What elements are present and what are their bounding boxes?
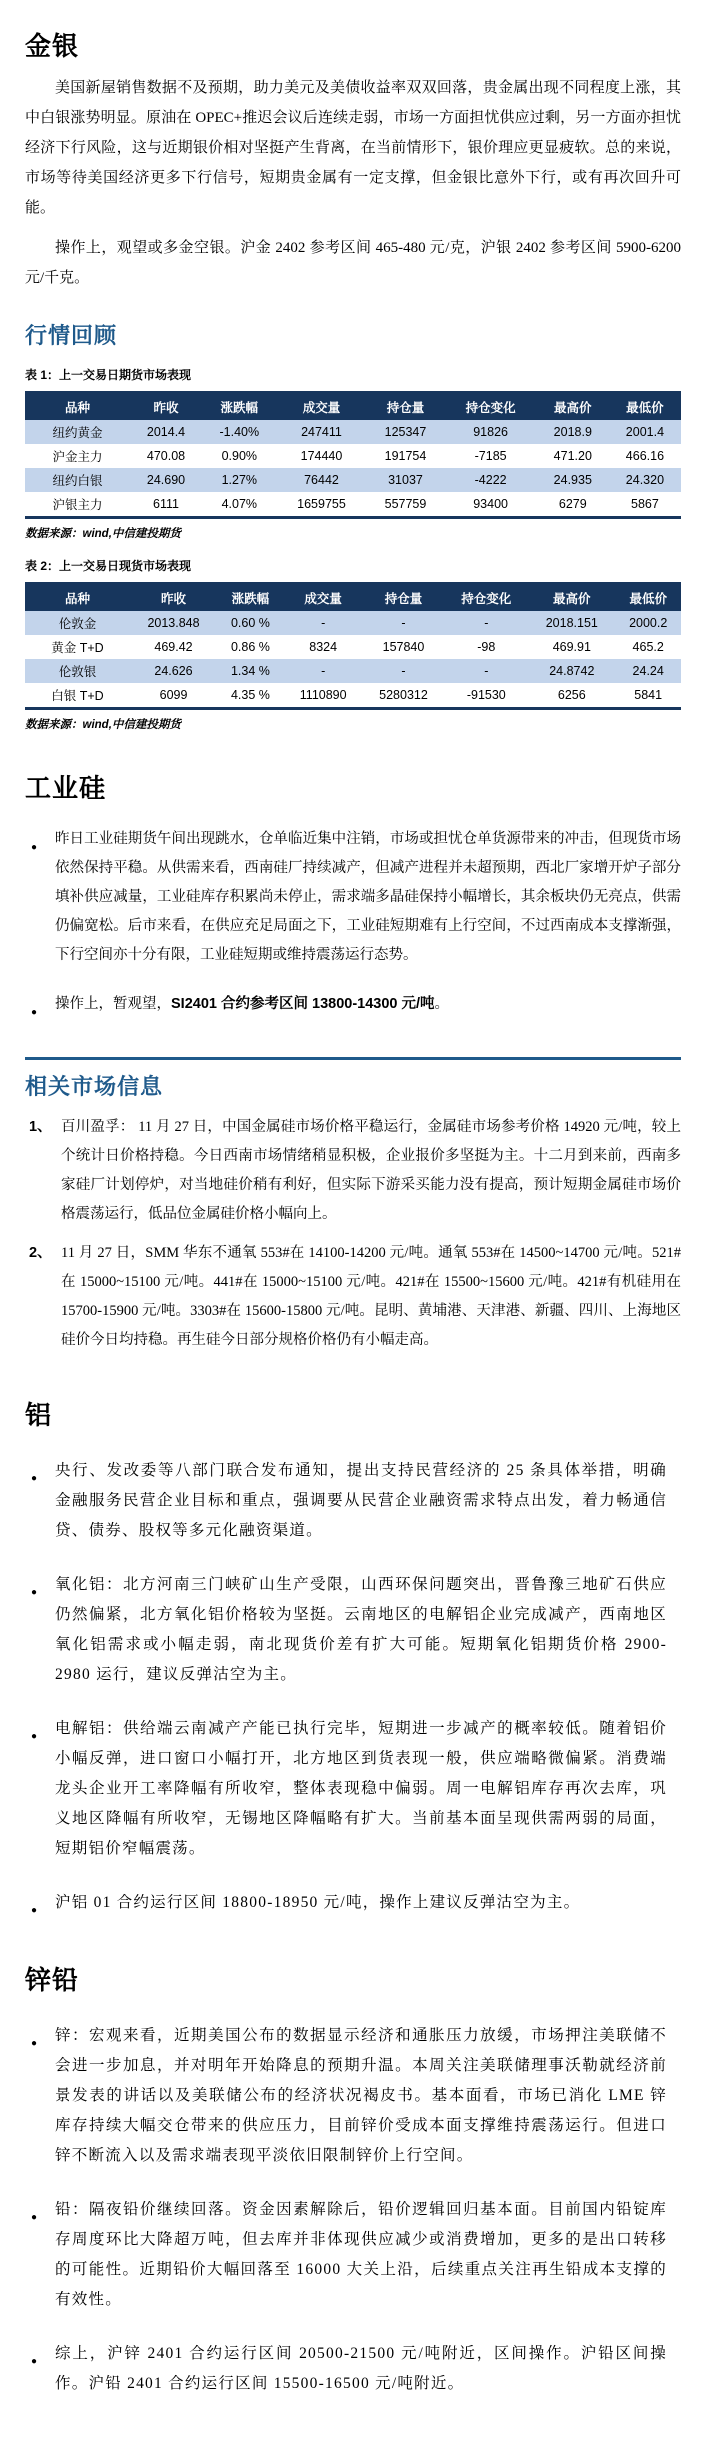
bullet-item: ● 电解铝：供给端云南减产产能已执行完毕，短期进一步减产的概率较低。随着铝价小幅… — [25, 1714, 681, 1864]
header-cell: 最高价 — [537, 393, 609, 421]
cell: 纽约黄金 — [25, 420, 130, 444]
table-row: 伦敦金 2013.848 0.60 % - - - 2018.151 2000.… — [25, 611, 681, 635]
cell: 4.35 % — [217, 683, 284, 709]
table-row: 白银 T+D 6099 4.35 % 1110890 5280312 -9153… — [25, 683, 681, 709]
cell: 伦敦金 — [25, 611, 130, 635]
section-related-info: 相关市场信息 1、 百川盈孚： 11 月 27 日，中国金属硅市场价格平稳运行，… — [25, 1070, 681, 1355]
table-row: 沪银主力 6111 4.07% 1659755 557759 93400 627… — [25, 492, 681, 518]
table-row: 沪金主力 470.08 0.90% 174440 191754 -7185 47… — [25, 444, 681, 468]
cell: 557759 — [366, 492, 444, 518]
section-gold-silver: 金银 美国新屋销售数据不及预期，助力美元及美债收益率双双回落，贵金属出现不同程度… — [25, 26, 681, 293]
bullet-text: 昨日工业硅期货午间出现跳水，仓单临近集中注销，市场或担忧仓单货源带来的冲击，但现… — [55, 825, 681, 970]
cell: 24.690 — [130, 468, 202, 492]
cell: 6256 — [528, 683, 615, 709]
item-number: 1、 — [25, 1113, 61, 1229]
section-title-aluminum: 铝 — [25, 1395, 681, 1432]
table-row: 纽约白银 24.690 1.27% 76442 31037 -4222 24.9… — [25, 468, 681, 492]
bullet-item: ● 锌：宏观来看，近期美国公布的数据显示经济和通胀压力放缓，市场押注美联储不会进… — [25, 2021, 681, 2171]
bullet-icon: ● — [25, 825, 55, 970]
table-row: 伦敦银 24.626 1.34 % - - - 24.8742 24.24 — [25, 659, 681, 683]
header-cell: 持仓变化 — [444, 584, 528, 612]
bullet-icon: ● — [25, 2195, 55, 2315]
header-cell: 最高价 — [528, 584, 615, 612]
cell: 白银 T+D — [25, 683, 130, 709]
bullet-item: ● 铅：隔夜铅价继续回落。资金因素解除后，铅价逻辑回归基本面。目前国内铅锭库存周… — [25, 2195, 681, 2315]
cell: - — [444, 659, 528, 683]
cell: 471.20 — [537, 444, 609, 468]
cell: 469.42 — [130, 635, 217, 659]
cell: 2001.4 — [609, 420, 681, 444]
header-cell: 成交量 — [284, 584, 363, 612]
bullet-icon: ● — [25, 2021, 55, 2171]
cell: 5841 — [615, 683, 681, 709]
section-title-gold-silver: 金银 — [25, 26, 681, 63]
bullet-text: 操作上，暂观望，SI2401 合约参考区间 13800-14300 元/吨。 — [55, 990, 681, 1027]
table-header-row: 品种 昨收 涨跌幅 成交量 持仓量 持仓变化 最高价 最低价 — [25, 393, 681, 421]
cell: 247411 — [277, 420, 367, 444]
related-info-title: 相关市场信息 — [25, 1070, 681, 1101]
cell: 91826 — [445, 420, 537, 444]
paragraph-operation: 操作上，观望或多金空银。沪金 2402 参考区间 465-480 元/克，沪银 … — [25, 233, 681, 293]
cell: 31037 — [366, 468, 444, 492]
cell: 6279 — [537, 492, 609, 518]
bullet-item: ● 综上，沪锌 2401 合约运行区间 20500-21500 元/吨附近，区间… — [25, 2339, 681, 2399]
silicon-bullet-list: ● 昨日工业硅期货午间出现跳水，仓单临近集中注销，市场或担忧仓单货源带来的冲击，… — [25, 825, 681, 1027]
section-divider — [25, 1057, 681, 1060]
bullet-icon: ● — [25, 1570, 55, 1690]
cell: 157840 — [363, 635, 445, 659]
cell: 466.16 — [609, 444, 681, 468]
item-text: 11 月 27 日，SMM 华东不通氧 553#在 14100-14200 元/… — [61, 1239, 681, 1355]
aluminum-bullet-list: ● 央行、发改委等八部门联合发布通知，提出支持民营经济的 25 条具体举措，明确… — [25, 1456, 681, 1926]
cell: 纽约白银 — [25, 468, 130, 492]
cell: 93400 — [445, 492, 537, 518]
op-text-post: 。 — [435, 996, 450, 1012]
section-zinc-lead: 锌铅 ● 锌：宏观来看，近期美国公布的数据显示经济和通胀压力放缓，市场押注美联储… — [25, 1960, 681, 2399]
cell: 1659755 — [277, 492, 367, 518]
header-cell: 持仓变化 — [445, 393, 537, 421]
cell: 191754 — [366, 444, 444, 468]
cell: -4222 — [445, 468, 537, 492]
cell: 24.935 — [537, 468, 609, 492]
cell: - — [444, 611, 528, 635]
numbered-item: 1、 百川盈孚： 11 月 27 日，中国金属硅市场价格平稳运行，金属硅市场参考… — [25, 1113, 681, 1229]
table1-caption: 表 1：上一交易日期货市场表现 — [25, 366, 681, 383]
bullet-item: ● 氧化铝：北方河南三门峡矿山生产受限，山西环保问题突出，晋鲁豫三地矿石供应仍然… — [25, 1570, 681, 1690]
header-cell: 昨收 — [130, 393, 202, 421]
data-source-note: 数据来源：wind,中信建投期货 — [25, 716, 681, 732]
table-header-row: 品种 昨收 涨跌幅 成交量 持仓量 持仓变化 最高价 最低价 — [25, 584, 681, 612]
table-row: 纽约黄金 2014.4 -1.40% 247411 125347 91826 2… — [25, 420, 681, 444]
section-title-silicon: 工业硅 — [25, 768, 681, 805]
bullet-item: ● 操作上，暂观望，SI2401 合约参考区间 13800-14300 元/吨。 — [25, 990, 681, 1027]
header-cell: 品种 — [25, 584, 130, 612]
bullet-item: ● 央行、发改委等八部门联合发布通知，提出支持民营经济的 25 条具体举措，明确… — [25, 1456, 681, 1546]
header-cell: 涨跌幅 — [202, 393, 276, 421]
bullet-icon: ● — [25, 1456, 55, 1546]
item-number: 2、 — [25, 1239, 61, 1355]
cell: 4.07% — [202, 492, 276, 518]
cell: 伦敦银 — [25, 659, 130, 683]
cell: 0.60 % — [217, 611, 284, 635]
cell: -98 — [444, 635, 528, 659]
bullet-text: 沪铝 01 合约运行区间 18800-18950 元/吨，操作上建议反弹沽空为主… — [55, 1888, 681, 1926]
bullet-text: 铅：隔夜铅价继续回落。资金因素解除后，铅价逻辑回归基本面。目前国内铅锭库存周度环… — [55, 2195, 681, 2315]
cell: 465.2 — [615, 635, 681, 659]
cell: 黄金 T+D — [25, 635, 130, 659]
cell: 174440 — [277, 444, 367, 468]
cell: 6111 — [130, 492, 202, 518]
header-cell: 昨收 — [130, 584, 217, 612]
bullet-icon: ● — [25, 2339, 55, 2399]
cell: 1.34 % — [217, 659, 284, 683]
zinc-lead-bullet-list: ● 锌：宏观来看，近期美国公布的数据显示经济和通胀压力放缓，市场押注美联储不会进… — [25, 2021, 681, 2399]
cell: 125347 — [366, 420, 444, 444]
table2-caption: 表 2：上一交易日现货市场表现 — [25, 557, 681, 574]
op-text-range: SI2401 合约参考区间 13800-14300 元/吨 — [171, 996, 435, 1012]
cell: 469.91 — [528, 635, 615, 659]
bullet-text: 综上，沪锌 2401 合约运行区间 20500-21500 元/吨附近，区间操作… — [55, 2339, 681, 2399]
bullet-item: ● 昨日工业硅期货午间出现跳水，仓单临近集中注销，市场或担忧仓单货源带来的冲击，… — [25, 825, 681, 970]
spot-market-table: 品种 昨收 涨跌幅 成交量 持仓量 持仓变化 最高价 最低价 伦敦金 2013.… — [25, 582, 681, 710]
cell: 2018.9 — [537, 420, 609, 444]
section-aluminum: 铝 ● 央行、发改委等八部门联合发布通知，提出支持民营经济的 25 条具体举措，… — [25, 1395, 681, 1926]
op-text-pre: 操作上，暂观望， — [55, 996, 171, 1012]
cell: 24.8742 — [528, 659, 615, 683]
cell: 76442 — [277, 468, 367, 492]
cell: 2014.4 — [130, 420, 202, 444]
bullet-icon: ● — [25, 1714, 55, 1864]
header-cell: 持仓量 — [366, 393, 444, 421]
cell: 沪金主力 — [25, 444, 130, 468]
cell: 8324 — [284, 635, 363, 659]
cell: 2018.151 — [528, 611, 615, 635]
header-cell: 成交量 — [277, 393, 367, 421]
cell: 5867 — [609, 492, 681, 518]
paragraph-overview: 美国新屋销售数据不及预期，助力美元及美债收益率双双回落，贵金属出现不同程度上涨，… — [25, 73, 681, 223]
cell: 0.90% — [202, 444, 276, 468]
cell: 24.320 — [609, 468, 681, 492]
data-source-note: 数据来源：wind,中信建投期货 — [25, 525, 681, 541]
cell: 沪银主力 — [25, 492, 130, 518]
cell: - — [363, 659, 445, 683]
cell: -1.40% — [202, 420, 276, 444]
bullet-text: 央行、发改委等八部门联合发布通知，提出支持民营经济的 25 条具体举措，明确金融… — [55, 1456, 681, 1546]
cell: - — [284, 659, 363, 683]
bullet-icon: ● — [25, 990, 55, 1027]
header-cell: 持仓量 — [363, 584, 445, 612]
cell: - — [363, 611, 445, 635]
market-review-title: 行情回顾 — [25, 319, 681, 350]
cell: 6099 — [130, 683, 217, 709]
cell: 24.626 — [130, 659, 217, 683]
bullet-text: 氧化铝：北方河南三门峡矿山生产受限，山西环保问题突出，晋鲁豫三地矿石供应仍然偏紧… — [55, 1570, 681, 1690]
section-market-review: 行情回顾 表 1：上一交易日期货市场表现 品种 昨收 涨跌幅 成交量 持仓量 持… — [25, 319, 681, 732]
cell: -91530 — [444, 683, 528, 709]
bullet-text: 电解铝：供给端云南减产产能已执行完毕，短期进一步减产的概率较低。随着铝价小幅反弹… — [55, 1714, 681, 1864]
bullet-text: 锌：宏观来看，近期美国公布的数据显示经济和通胀压力放缓，市场押注美联储不会进一步… — [55, 2021, 681, 2171]
cell: - — [284, 611, 363, 635]
cell: -7185 — [445, 444, 537, 468]
cell: 2000.2 — [615, 611, 681, 635]
header-cell: 最低价 — [615, 584, 681, 612]
bullet-icon: ● — [25, 1888, 55, 1926]
cell: 1110890 — [284, 683, 363, 709]
cell: 470.08 — [130, 444, 202, 468]
cell: 2013.848 — [130, 611, 217, 635]
table-row: 黄金 T+D 469.42 0.86 % 8324 157840 -98 469… — [25, 635, 681, 659]
numbered-item: 2、 11 月 27 日，SMM 华东不通氧 553#在 14100-14200… — [25, 1239, 681, 1355]
cell: 24.24 — [615, 659, 681, 683]
cell: 0.86 % — [217, 635, 284, 659]
bullet-item: ● 沪铝 01 合约运行区间 18800-18950 元/吨，操作上建议反弹沽空… — [25, 1888, 681, 1926]
header-cell: 最低价 — [609, 393, 681, 421]
cell: 1.27% — [202, 468, 276, 492]
futures-market-table: 品种 昨收 涨跌幅 成交量 持仓量 持仓变化 最高价 最低价 纽约黄金 2014… — [25, 391, 681, 519]
header-cell: 涨跌幅 — [217, 584, 284, 612]
report-page: 金银 美国新屋销售数据不及预期，助力美元及美债收益率双双回落，贵金属出现不同程度… — [0, 0, 706, 2463]
cell: 5280312 — [363, 683, 445, 709]
section-title-zinc-lead: 锌铅 — [25, 1960, 681, 1997]
section-silicon: 工业硅 ● 昨日工业硅期货午间出现跳水，仓单临近集中注销，市场或担忧仓单货源带来… — [25, 768, 681, 1027]
item-text: 百川盈孚： 11 月 27 日，中国金属硅市场价格平稳运行，金属硅市场参考价格 … — [61, 1113, 681, 1229]
header-cell: 品种 — [25, 393, 130, 421]
